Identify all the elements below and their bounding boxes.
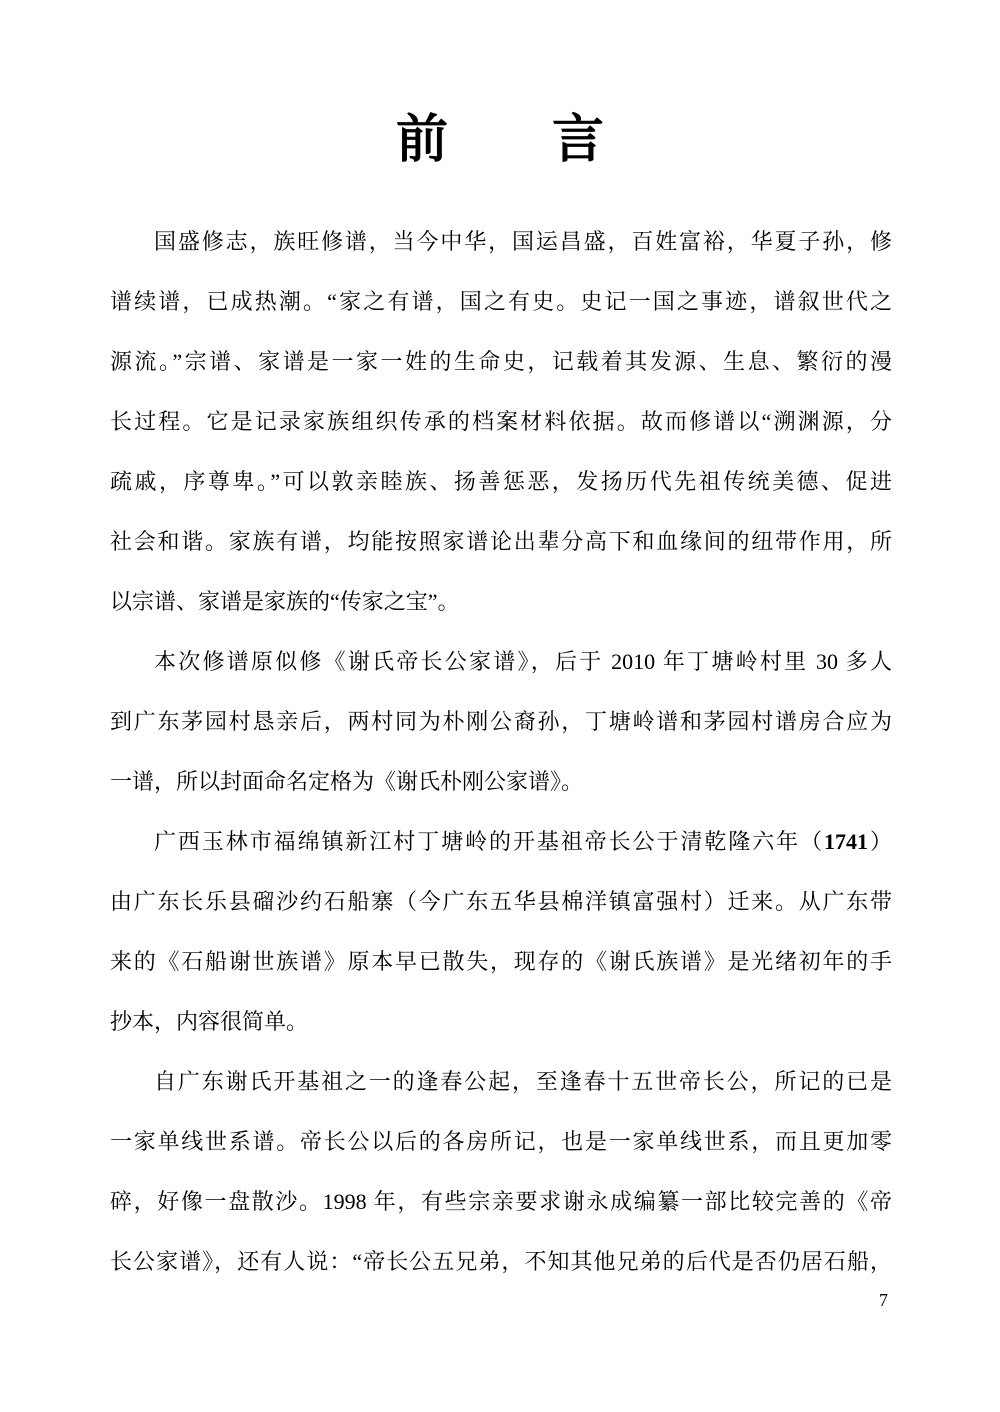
bold-year: 1741 bbox=[824, 829, 868, 854]
body-line: 本次修谱原似修《谢氏帝长公家谱》，后于 2010 年丁塘岭村里 30 多人 bbox=[110, 632, 892, 692]
body-line-segment: ） bbox=[868, 829, 892, 854]
body-line: 抄本，内容很简单。 bbox=[110, 992, 892, 1052]
body-line: 一谱，所以封面命名定格为《谢氏朴刚公家谱》。 bbox=[110, 752, 892, 812]
body-line: 由广东长乐县磂沙约石船寨（今广东五华县棉洋镇富强村）迁来。从广东带 bbox=[110, 872, 892, 932]
body-line: 广西玉林市福绵镇新江村丁塘岭的开基祖帝长公于清乾隆六年（1741） bbox=[110, 812, 892, 872]
document-page: 前 言 国盛修志，族旺修谱，当今中华，国运昌盛，百姓富裕，华夏子孙，修 谱续谱，… bbox=[0, 0, 1000, 1412]
body-line: 到广东茅园村恳亲后，两村同为朴刚公裔孙，丁塘岭谱和茅园村谱房合应为 bbox=[110, 692, 892, 752]
body-line: 自广东谢氏开基祖之一的逢春公起，至逢春十五世帝长公，所记的已是 bbox=[110, 1052, 892, 1112]
body-line: 源流。”宗谱、家谱是一家一姓的生命史，记载着其发源、生息、繁衍的漫 bbox=[110, 332, 892, 392]
body-line: 碎，好像一盘散沙。1998 年，有些宗亲要求谢永成编纂一部比较完善的《帝 bbox=[110, 1172, 892, 1232]
body-line: 谱续谱，已成热潮。“家之有谱，国之有史。史记一国之事迹，谱叙世代之 bbox=[110, 272, 892, 332]
body-line: 疏戚，序尊卑。”可以敦亲睦族、扬善惩恶，发扬历代先祖传统美德、促进 bbox=[110, 452, 892, 512]
body-line: 一家单线世系谱。帝长公以后的各房所记，也是一家单线世系，而且更加零 bbox=[110, 1112, 892, 1172]
body-line: 来的《石船谢世族谱》原本早已散失，现存的《谢氏族谱》是光绪初年的手 bbox=[110, 932, 892, 992]
document-body: 国盛修志，族旺修谱，当今中华，国运昌盛，百姓富裕，华夏子孙，修 谱续谱，已成热潮… bbox=[110, 212, 892, 1292]
body-line: 长公家谱》，还有人说：“帝长公五兄弟，不知其他兄弟的后代是否仍居石船， bbox=[110, 1232, 892, 1292]
body-line: 国盛修志，族旺修谱，当今中华，国运昌盛，百姓富裕，华夏子孙，修 bbox=[110, 212, 892, 272]
body-line: 社会和谐。家族有谱，均能按照家谱论出辈分高下和血缘间的纽带作用，所 bbox=[110, 512, 892, 572]
page-number: 7 bbox=[879, 1290, 888, 1310]
body-line: 长过程。它是记录家族组织传承的档案材料依据。故而修谱以“溯渊源，分 bbox=[110, 392, 892, 452]
body-line-segment: 广西玉林市福绵镇新江村丁塘岭的开基祖帝长公于清乾隆六年（ bbox=[154, 829, 824, 854]
document-title: 前 言 bbox=[0, 110, 1000, 172]
body-line: 以宗谱、家谱是家族的“传家之宝”。 bbox=[110, 572, 892, 632]
